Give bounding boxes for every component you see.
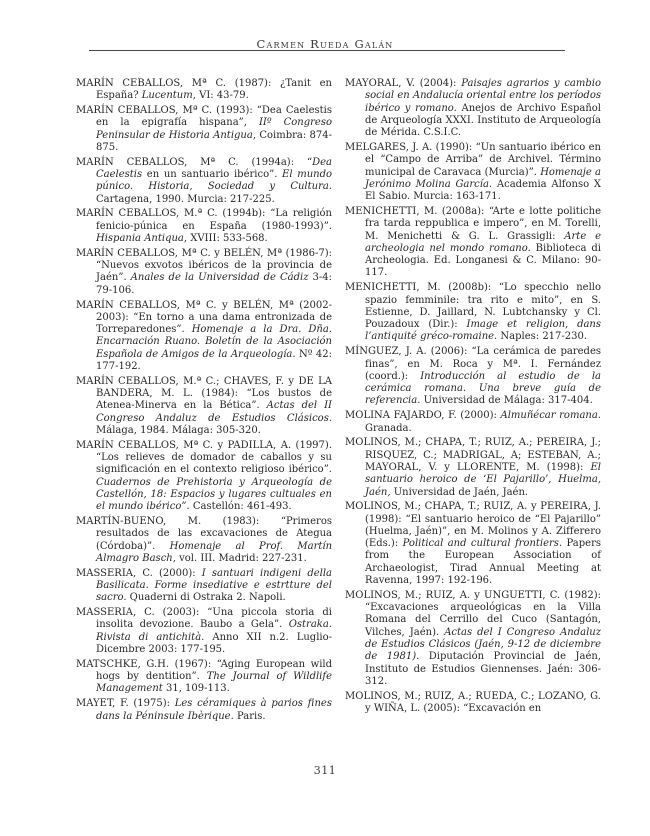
entry-text: Universidad de Málaga: 317-404. — [420, 395, 592, 406]
bibliography-entry: MENICHETTI, M. (2008b): “Lo specchio nel… — [345, 282, 601, 343]
entry-text: MAYET, F. (1975): — [76, 698, 175, 709]
entry-text: Universidad de Jaén, Jaén. — [391, 487, 529, 498]
bibliography-entry: MARÍN CEBALLOS, M.ª C. (1994b): “La reli… — [76, 208, 332, 245]
entry-text: Granada. — [365, 423, 412, 434]
entry-text-italic: Political and cultural frontiers. — [403, 538, 563, 549]
bibliography-entry: MOLINOS, M.; CHAPA, T.; RUIZ, A. y PEREI… — [345, 501, 601, 587]
entry-text: MOLINA FAJARDO, F. (2000): — [345, 410, 501, 421]
entry-text: Naples: 217-230. — [497, 331, 587, 342]
entry-text: MASSERIA, C. (2000): — [76, 568, 202, 579]
bibliography-entry: MAYORAL, V. (2004): Paisajes agrarios y … — [345, 78, 601, 139]
entry-text: Cartagena, 1990. Murcia: 217-225. — [96, 194, 275, 205]
entry-text-italic: Lucentum — [142, 90, 193, 101]
bibliography-entry: MELGARES, J. A. (1990): “Un santuario ib… — [345, 142, 601, 203]
bibliography-column-left: MARÍN CEBALLOS, Mª C. (1987): ¿Tanit en … — [76, 78, 332, 725]
entry-text: MARÍN CEBALLOS, Mª C. y PADILLA, A. (199… — [76, 440, 332, 476]
bibliography-entry: MARÍN CEBALLOS, Mª C. y BELÉN, Mª (2002-… — [76, 300, 332, 374]
entry-text-italic: Hispania Antiqua — [96, 233, 184, 244]
entry-text: Málaga, 1984. Málaga: 305-320. — [96, 425, 261, 436]
entry-text: Quaderni di Ostraka 2. Napoli. — [127, 592, 286, 603]
bibliography-entry: MOLINOS, M.; RUIZ, A. y UNGUETTI, C. (19… — [345, 590, 601, 688]
bibliography-entry: MOLINOS, M.; RUIZ, A.; RUEDA, C.; LOZANO… — [345, 691, 601, 716]
bibliography-entry: MARÍN CEBALLOS, M.ª C.; CHAVES, F. y DE … — [76, 376, 332, 437]
bibliography: MARÍN CEBALLOS, Mª C. (1987): ¿Tanit en … — [76, 78, 601, 725]
bibliography-entry: MARÍN CEBALLOS, Mª C. (1993): “Dea Caele… — [76, 105, 332, 154]
bibliography-entry: MARÍN CEBALLOS, Mª C. y BELÉN, Mª (1986-… — [76, 248, 332, 297]
entry-text: MOLINOS, M.; RUIZ, A.; RUEDA, C.; LOZANO… — [345, 691, 601, 714]
bibliography-entry: MAYET, F. (1975): Les céramiques à pario… — [76, 698, 332, 723]
bibliography-entry: MÍNGUEZ, J. A. (2006): “La cerámica de p… — [345, 346, 601, 407]
entry-text: MARÍN CEBALLOS, Mª C. (1994a): “ — [76, 157, 312, 168]
bibliography-entry: MARTÍN-BUENO, M. (1983): “Primeros resul… — [76, 516, 332, 565]
entry-text: , XVIII: 533-568. — [184, 233, 268, 244]
bibliography-entry: MASSERIA, C. (2003): “Una piccola storia… — [76, 607, 332, 656]
bibliography-entry: MARÍN CEBALLOS, Mª C. (1994a): “Dea Cael… — [76, 157, 332, 206]
entry-text: MARÍN CEBALLOS, M.ª C. (1994b): “La reli… — [76, 208, 332, 231]
bibliography-entry: MARÍN CEBALLOS, Mª C. y PADILLA, A. (199… — [76, 440, 332, 514]
header-rule — [89, 50, 565, 51]
document-page: Carmen Rueda Galán MARÍN CEBALLOS, Mª C.… — [0, 0, 650, 836]
bibliography-entry: MATSCHKE, G.H. (1967): “Aging European w… — [76, 659, 332, 696]
bibliography-entry: MOLINA FAJARDO, F. (2000): Almuñécar rom… — [345, 410, 601, 435]
entry-text: MENICHETTI, M. (2008a): “Arte e lotte po… — [345, 206, 601, 242]
entry-text: en un santuario ibérico”. — [142, 169, 282, 180]
running-header-text: Carmen Rueda Galán — [256, 37, 393, 51]
entry-text-italic: Almuñécar romana. — [501, 410, 601, 421]
entry-text: 31, 109-113. — [163, 683, 230, 694]
entry-text-italic: Anales de la Universidad de Cádiz — [131, 272, 309, 283]
entry-text: , VI: 43-79. — [193, 90, 249, 101]
bibliography-entry: MOLINOS, M.; CHAPA, T.; RUIZ, A.; PEREIR… — [345, 437, 601, 498]
entry-text: MOLINOS, M.; CHAPA, T.; RUIZ, A.; PEREIR… — [345, 437, 601, 473]
running-header: Carmen Rueda Galán — [0, 33, 650, 52]
bibliography-column-right: MAYORAL, V. (2004): Paisajes agrarios y … — [345, 78, 601, 725]
entry-text: Castellón: 461-493. — [190, 501, 292, 512]
entry-text: MAYORAL, V. (2004): — [345, 78, 461, 89]
entry-text: Paris. — [234, 711, 266, 722]
entry-text: , vol. III. Madrid: 227-231. — [173, 553, 307, 564]
bibliography-entry: MASSERIA, C. (2000): I santuari indigeni… — [76, 568, 332, 605]
bibliography-entry: MARÍN CEBALLOS, Mª C. (1987): ¿Tanit en … — [76, 78, 332, 103]
page-number: 311 — [0, 764, 650, 777]
bibliography-entry: MENICHETTI, M. (2008a): “Arte e lotte po… — [345, 206, 601, 280]
